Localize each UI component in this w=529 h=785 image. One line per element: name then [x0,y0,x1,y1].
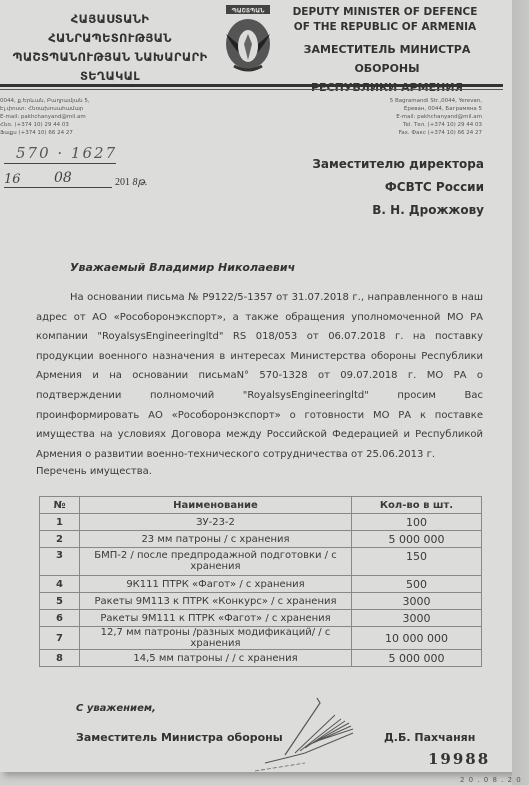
address-right: 5 Bagramandi Str.,0044, Yerevan, Ереван,… [390,97,482,137]
table-row: 49К111 ПТРК «Фагот» / с хранения500 [40,576,482,593]
addressee-block: Заместителю директора ФСВТС России В. Н.… [312,153,484,222]
row-quantity: 100 [352,514,482,531]
address-left-line: E-mail: pakhchanyand@mil.am [0,113,90,121]
table-row: 6Ракеты 9М111 к ПТРК «Фагот» / с хранени… [40,610,482,627]
page-edge-shadow [512,0,529,785]
address-left-line: Հեռ. (+374 10) 29 44 03 [0,121,90,129]
stamp-number: 19988 [428,750,490,768]
row-name: 14,5 мм патроны / / с хранения [80,650,352,667]
row-name: ЗУ-23-2 [80,514,352,531]
table-row: 5Ракеты 9М113 к ПТРК «Конкурс» / с хране… [40,593,482,610]
row-name: Ракеты 9М113 к ПТРК «Конкурс» / с хранен… [80,593,352,610]
table-header-row: № Наименование Кол-во в шт. [40,497,482,514]
table-row: 3БМП-2 / после предпродажной подготовки … [40,548,482,576]
date-year-suffix: 8թ. [133,177,148,188]
address-right-line: Fax. Факс (+374 10) 66 24 27 [390,129,482,137]
row-name: 23 мм патроны / с хранения [80,531,352,548]
header-number: № [40,497,80,514]
row-number: 2 [40,531,80,548]
address-left: 0044, ք.Երևան, Բաղրամյան 5, Էլ.փոստ: Հեռ… [0,97,90,137]
date-year-prefix: 201 [115,177,130,188]
date-day: 16 [4,172,21,187]
stamp-date: 2 0 . 0 8 . 2 0 1 8 [460,776,529,785]
date-year: 201 8թ. [115,177,147,188]
table-row: 1ЗУ-23-2100 [40,514,482,531]
header-name: Наименование [80,497,352,514]
address-left-line: 0044, ք.Երևան, Բաղրամյան 5, [0,97,90,105]
row-number: 4 [40,576,80,593]
english-line-2: OF THE REPUBLIC OF ARMENIA [290,20,480,35]
russian-line-2: РЕСПУБЛИКИ АРМЕНИЯ [282,78,492,97]
addressee-title: Заместителю директора [312,153,484,176]
svg-text:ՊԱՇՏՊԱՆ: ՊԱՇՏՊԱՆ [232,8,266,15]
english-line-1: DEPUTY MINISTER OF DEFENCE [290,5,480,20]
address-right-line: 5 Bagramandi Str.,0044, Yerevan, [390,97,482,105]
date-month: 08 [54,170,72,186]
row-name: 9К111 ПТРК «Фагот» / с хранения [80,576,352,593]
table-row: 814,5 мм патроны / / с хранения5 000 000 [40,650,482,667]
table-row: 712,7 мм патроны /разных модификаций/ / … [40,627,482,650]
items-table: № Наименование Кол-во в шт. 1ЗУ-23-21002… [39,496,482,667]
row-number: 8 [40,650,80,667]
address-right-line: Tel. Тел. (+374 10) 29 44 03 [390,121,482,129]
row-number: 6 [40,610,80,627]
address-left-line: Ֆաքս (+374 10) 66 24 27 [0,129,90,137]
row-number: 1 [40,514,80,531]
header-rule-thin [0,89,503,90]
english-letterhead: DEPUTY MINISTER OF DEFENCE OF THE REPUBL… [290,5,480,35]
letter-body: На основании письма № P9122/5-1357 от 31… [36,288,483,464]
address-right-line: Ереван, 0044, Баграмяна 5 [390,105,482,113]
letter-page: ՀԱՅԱՍՏԱՆԻ ՀԱՆՐԱՊԵՏՈՒԹՅԱՆ ՊԱՇՏՊԱՆՈՒԹՅԱՆ Ն… [0,0,512,772]
handwritten-signature [245,693,365,773]
row-name: 12,7 мм патроны /разных модификаций/ / с… [80,627,352,650]
row-quantity: 3000 [352,610,482,627]
salutation: Уважаемый Владимир Николаевич [70,261,295,274]
row-quantity: 5 000 000 [352,531,482,548]
row-name: Ракеты 9М111 к ПТРК «Фагот» / с хранения [80,610,352,627]
row-number: 5 [40,593,80,610]
header-rule-thick [0,84,503,87]
addressee-name: В. Н. Дрожжову [312,199,484,222]
address-right-line: E-mail: pakhchanyand@mil.am [390,113,482,121]
armenian-line-1: ՀԱՅԱՍՏԱՆԻ ՀԱՆՐԱՊԵՏՈՒԹՅԱՆ [10,10,210,48]
armenian-letterhead: ՀԱՅԱՍՏԱՆԻ ՀԱՆՐԱՊԵՏՈՒԹՅԱՆ ՊԱՇՏՊԱՆՈՒԹՅԱՆ Ն… [10,10,210,86]
row-quantity: 500 [352,576,482,593]
row-quantity: 3000 [352,593,482,610]
registration-number: 570 · 1627 [16,144,117,162]
russian-line-1: ЗАМЕСТИТЕЛЬ МИНИСТРА ОБОРОНЫ [282,40,492,78]
row-number: 3 [40,548,80,576]
row-quantity: 10 000 000 [352,627,482,650]
row-quantity: 150 [352,548,482,576]
address-left-line: Էլ.փոստ: Հեռախոսահամար [0,105,90,113]
table-row: 223 мм патроны / с хранения5 000 000 [40,531,482,548]
list-title: Перечень имущества. [36,466,152,477]
row-quantity: 5 000 000 [352,650,482,667]
ministry-emblem-icon: ՊԱՇՏՊԱՆ [220,4,276,80]
armenian-line-2: ՊԱՇՏՊԱՆՈՒԹՅԱՆ ՆԱԽԱՐԱՐԻ [10,48,210,67]
header-quantity: Кол-во в шт. [352,497,482,514]
signer-name: Д.Б. Пахчанян [384,731,475,744]
row-name: БМП-2 / после предпродажной подготовки /… [80,548,352,576]
closing-regards: С уважением, [76,703,156,714]
row-number: 7 [40,627,80,650]
addressee-org: ФСВТС России [312,176,484,199]
